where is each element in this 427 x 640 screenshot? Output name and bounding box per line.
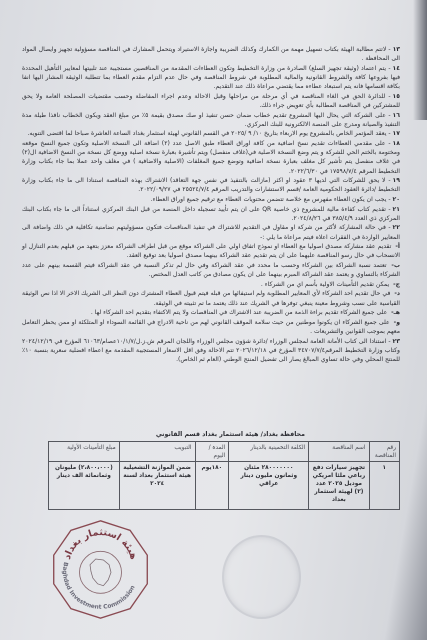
table-row: ١ تجهيز سيارات دفع رباعي ملئا امريكي مود… (49, 462, 400, 510)
clause-16: ١٦- على الشركة التي يحال اليها المشروع ت… (22, 111, 400, 129)
clause-22-b: ب- تعتمد نسبة الشراكة بين الشركاء وحسب م… (22, 261, 400, 279)
header-duration: المدة /اليوم (195, 442, 229, 462)
clause-18: ١٨- على مقدمي العطاءات تقديم نسخ اضافية … (22, 139, 400, 176)
clause-21: ٢١- تقديم كتاب كفاءة مالية للمشروع ذي خا… (22, 205, 400, 223)
scanned-document-page: ١٣- لاتتم مطالبة الهيئة بكتاب تسهيل مهمة… (0, 0, 427, 640)
clause-22-d: د- في حال تقديم احد الشركاء لأي المعايير… (22, 289, 400, 307)
clause-20: ٢٠- يجب ان يكون العطاء مفهرس مع خلاصة تت… (22, 195, 400, 204)
cell-duration: ١٨٠يوم (195, 462, 229, 510)
header-tender-number: رقم المناقصة (369, 442, 399, 462)
page-edge-shadow (413, 0, 427, 120)
table-title: محافظة بغداد/ هيئة استثمار بغداد قسم الق… (55, 431, 305, 438)
clause-13: ١٣- لاتتم مطالبة الهيئة بكتاب تسهيل مهمة… (22, 45, 400, 63)
cell-estimated-cost: ٢٨٠٠٠٠٠٠٠ مئتان وثمانون مليون دينار عراق… (229, 462, 309, 510)
header-initial-insurance: مبلغ التأمينات الأولية (49, 442, 120, 462)
svg-text:Baghdad Investment Commission: Baghdad Investment Commission (61, 561, 137, 610)
cell-funding-category: ضمن الموازنة التشغيلية هيئة استثمار بغدا… (119, 462, 195, 510)
clause-22-a: أ- تقديم عقد مشاركة مصدق اصوليا مع العطا… (22, 242, 400, 260)
clause-15: ١٥- للدائرة الحق في الغاء المناقصة في أي… (22, 92, 400, 110)
tender-table: رقم المناقصة اسم المناقصة الكلفة التخمين… (48, 441, 400, 510)
clause-22: ٢٢- في حالة المشاركة لأكثر من شركة او مق… (22, 223, 400, 241)
embossed-seal (222, 535, 301, 619)
header-estimated-cost: الكلفة التخمينية بالدينار (229, 442, 309, 462)
clause-22-f: و- على جميع الشركاء ان يكونوا موطنين من … (22, 318, 400, 336)
header-funding-category: التبويب (119, 442, 195, 462)
table-header-row: رقم المناقصة اسم المناقصة الكلفة التخمين… (49, 442, 400, 462)
cell-tender-number: ١ (369, 462, 399, 510)
header-tender-name: اسم المناقصة (309, 442, 369, 462)
clause-19: ١٩- لا يحق للشركات التي لديها ٣ عقود او … (22, 176, 400, 194)
clause-14: ١٤- يتم اعتماد (وثيقة تجهيز السلع) الصاد… (22, 64, 400, 92)
clause-22-c: ج- يمكن تقديم التأمينات الاولية بأسم اي … (22, 280, 400, 289)
tender-conditions: ١٣- لاتتم مطالبة الهيئة بكتاب تسهيل مهمة… (22, 45, 400, 365)
cell-initial-insurance: (٢،٨٠٠،٠٠٠) مليونان وثمانمائة الف دينار (49, 462, 120, 510)
svg-text:هيئة استثمار بغداد: هيئة استثمار بغداد (62, 527, 139, 561)
stamp-icon: هيئة استثمار بغداد Baghdad Investment Co… (48, 517, 153, 622)
cell-tender-name: تجهيز سيارات دفع رباعي ملئا امريكي موديل… (309, 462, 369, 510)
baghdad-investment-commission-stamp: هيئة استثمار بغداد Baghdad Investment Co… (48, 517, 153, 622)
clause-22-e: هـ- على جميع الشركاء تقديم براءة الذمة م… (22, 308, 400, 317)
clause-23: ٢٣- استنادا الى كتاب الأمانة العامة لمجل… (22, 337, 400, 365)
clause-17: ١٧- يعقد المؤتمر الخاص بالمشروع يوم الار… (22, 129, 400, 138)
